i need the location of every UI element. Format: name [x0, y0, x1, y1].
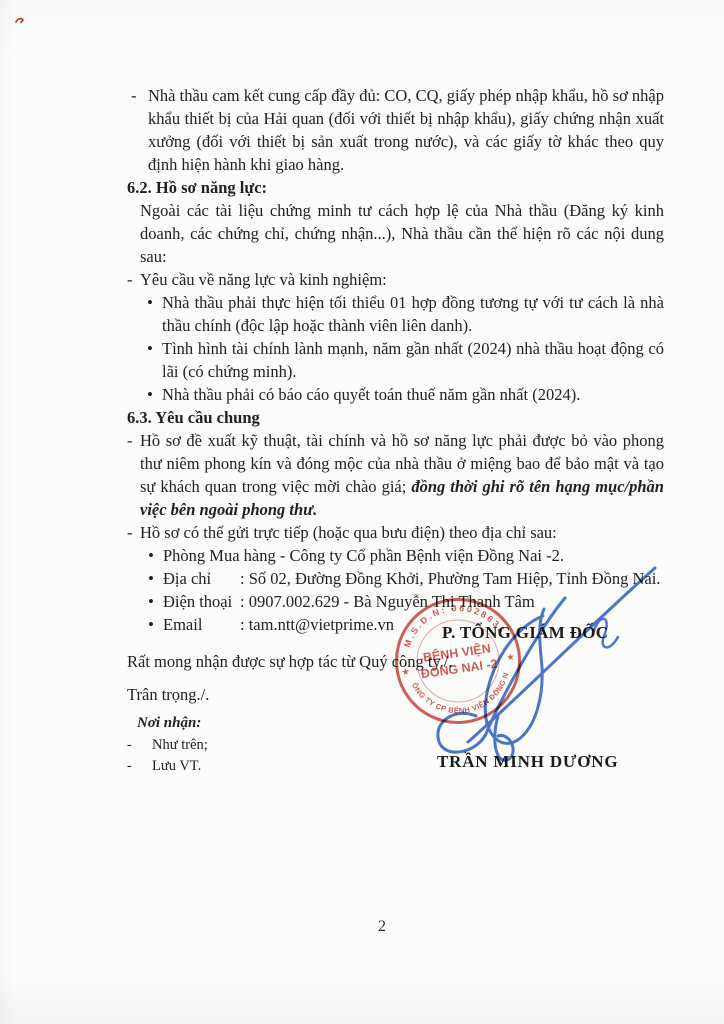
page-number: 2 — [378, 918, 386, 936]
capability-bullet-2: Tình hình tài chính lành mạnh, năm gần n… — [127, 337, 664, 383]
capability-bullet-3: Nhà thầu phải có báo cáo quyết toán thuế… — [127, 383, 664, 406]
contact-label: Email — [163, 613, 240, 636]
contact-value: : tam.ntt@vietprime.vn — [240, 615, 394, 634]
recipient-text: Như trên; — [142, 737, 208, 753]
commitment-paragraph: Nhà thầu cam kết cung cấp đầy đủ: CO, CQ… — [127, 84, 664, 176]
signature-stroke — [438, 598, 565, 752]
signature-flourish — [594, 619, 618, 648]
section-6-2-heading: 6.2. Hồ sơ năng lực: — [127, 176, 664, 199]
capability-requirement-item: Yêu cầu về năng lực và kinh nghiệm: — [127, 268, 664, 291]
signature-stroke — [495, 716, 513, 760]
contact-label: Địa chỉ — [163, 567, 240, 590]
section-6-3-heading: 6.3. Yêu cầu chung — [127, 406, 664, 429]
capability-bullet-1: Nhà thầu phải thực hiện tối thiểu 01 hợp… — [127, 291, 664, 337]
envelope-requirement-item: Hồ sơ đề xuất kỹ thuật, tài chính và hồ … — [127, 429, 664, 521]
recipient-text: Lưu VT. — [142, 758, 201, 774]
scanned-document-page: Nhà thầu cam kết cung cấp đầy đủ: CO, CQ… — [0, 0, 724, 1024]
red-pen-mark — [14, 15, 26, 27]
section-6-2-intro: Ngoài các tài liệu chứng minh tư cách hợ… — [127, 199, 664, 268]
contact-label: Điện thoại — [163, 590, 240, 613]
signature-stroke — [468, 568, 655, 742]
handwritten-signature — [388, 533, 688, 773]
commitment-text: Nhà thầu cam kết cung cấp đầy đủ: CO, CQ… — [148, 86, 664, 174]
